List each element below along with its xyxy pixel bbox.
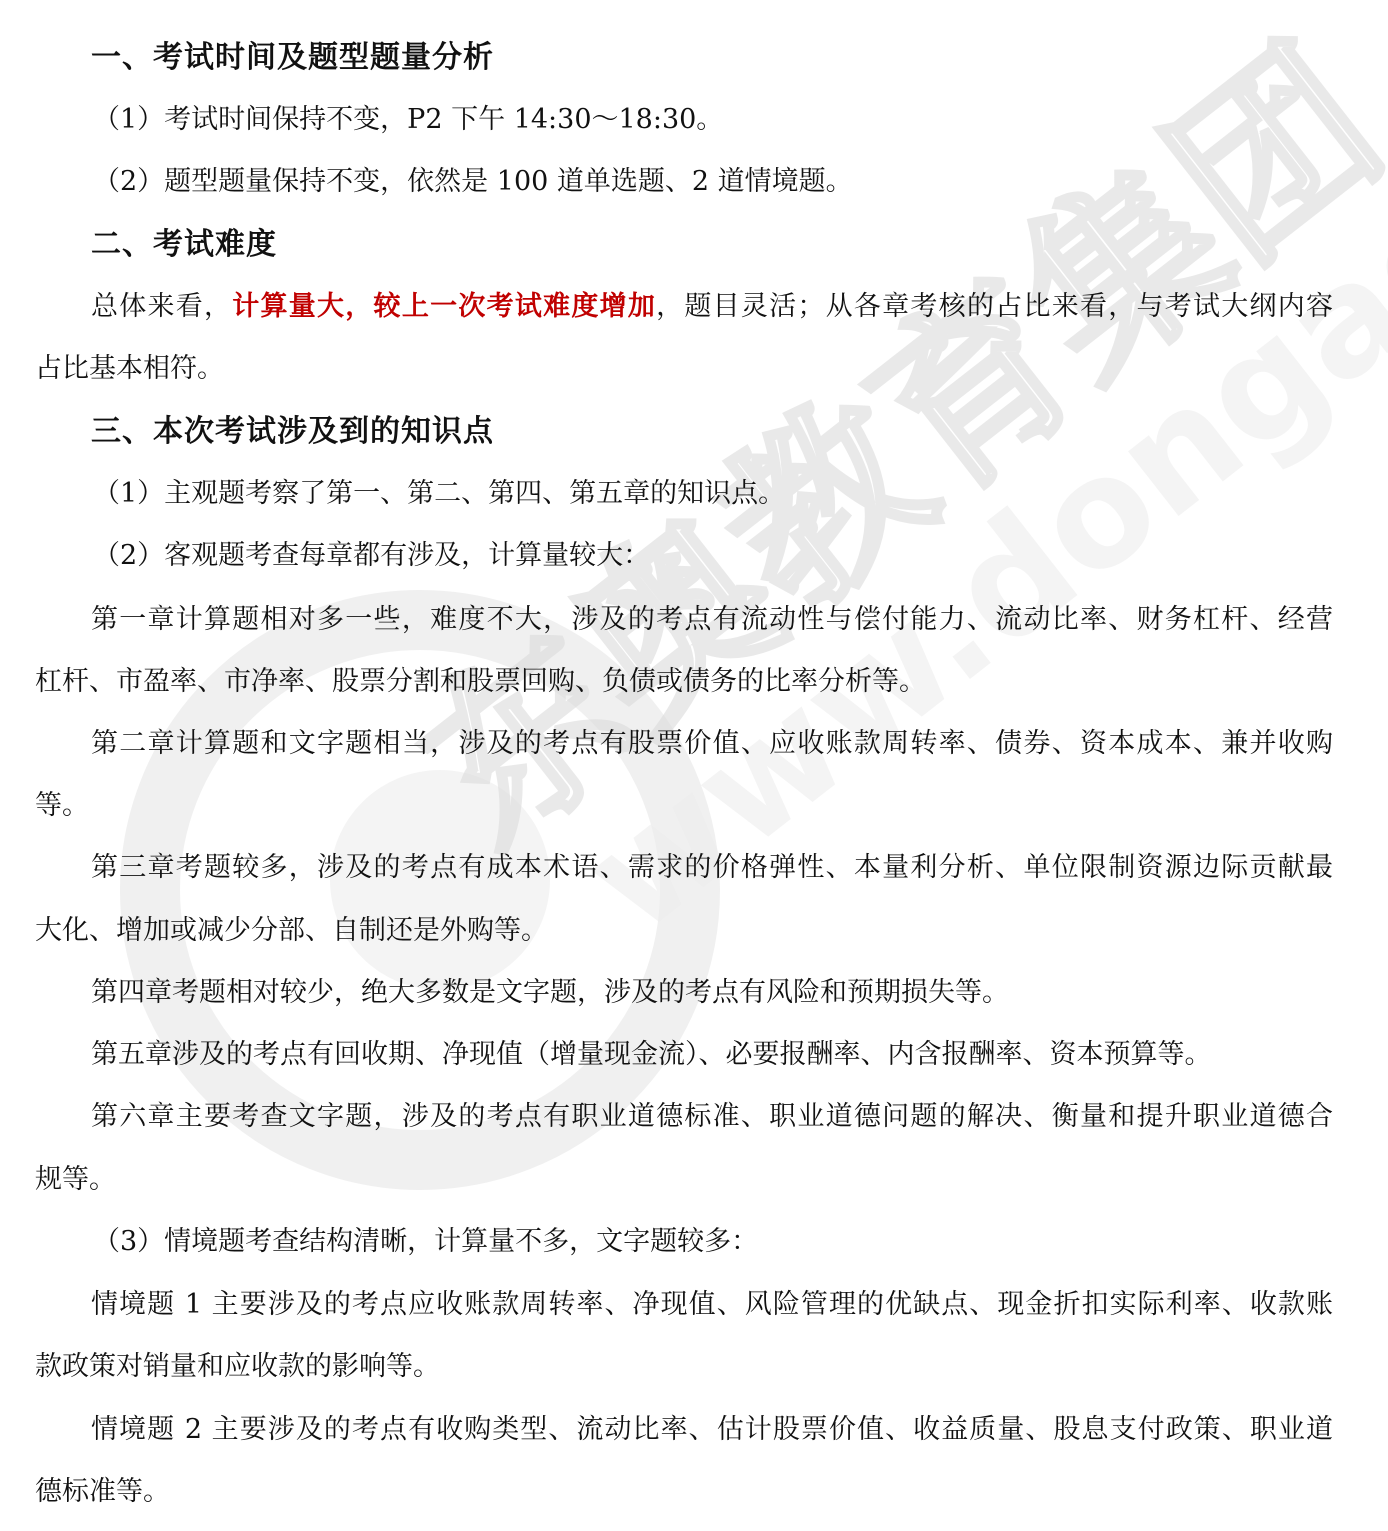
case-intro-line: （3）情境题考查结构清晰，计算量不多，文字题较多： bbox=[35, 1222, 1333, 1262]
case-2-line-1: 情境题 2 主要涉及的考点有收购类型、流动比率、估计股票价值、收益质量、股息支付… bbox=[35, 1410, 1333, 1450]
section-heading-1: 一、考试时间及题型题量分析 bbox=[35, 38, 1333, 78]
chapter-2-line-2: 等。 bbox=[35, 786, 1333, 826]
difficulty-paragraph-line-2: 占比基本相符。 bbox=[35, 349, 1333, 389]
subjective-line: （1）主观题考察了第一、第二、第四、第五章的知识点。 bbox=[35, 474, 1333, 514]
chapter-4-line: 第四章考题相对较少，绝大多数是文字题，涉及的考点有风险和预期损失等。 bbox=[35, 973, 1333, 1013]
difficulty-highlight: 计算量大，较上一次考试难度增加 bbox=[232, 291, 656, 322]
section-heading-2: 二、考试难度 bbox=[35, 225, 1333, 265]
chapter-2-line-1: 第二章计算题和文字题相当，涉及的考点有股票价值、应收账款周转率、债券、资本成本、… bbox=[35, 724, 1333, 764]
chapter-5-line: 第五章涉及的考点有回收期、净现值（增量现金流）、必要报酬率、内含报酬率、资本预算… bbox=[35, 1035, 1333, 1075]
chapter-1-line-2: 杠杆、市盈率、市净率、股票分割和股票回购、负债或债务的比率分析等。 bbox=[35, 662, 1333, 702]
difficulty-prefix: 总体来看， bbox=[91, 291, 232, 322]
difficulty-suffix: ，题目灵活；从各章考核的占比来看，与考试大纲内容 bbox=[656, 291, 1333, 322]
chapter-6-line-2: 规等。 bbox=[35, 1160, 1333, 1200]
exam-time-line: （1）考试时间保持不变，P2 下午 14:30～18:30。 bbox=[35, 100, 1333, 140]
chapter-3-line-2: 大化、增加或减少分部、自制还是外购等。 bbox=[35, 911, 1333, 951]
question-count-line: （2）题型题量保持不变，依然是 100 道单选题、2 道情境题。 bbox=[35, 162, 1333, 202]
difficulty-paragraph-line-1: 总体来看，计算量大，较上一次考试难度增加，题目灵活；从各章考核的占比来看，与考试… bbox=[35, 287, 1333, 327]
case-1-line-1: 情境题 1 主要涉及的考点应收账款周转率、净现值、风险管理的优缺点、现金折扣实际… bbox=[35, 1285, 1333, 1325]
section-heading-3: 三、本次考试涉及到的知识点 bbox=[35, 412, 1333, 452]
chapter-6-line-1: 第六章主要考查文字题，涉及的考点有职业道德标准、职业道德问题的解决、衡量和提升职… bbox=[35, 1097, 1333, 1137]
case-1-line-2: 款政策对销量和应收款的影响等。 bbox=[35, 1347, 1333, 1387]
chapter-1-line-1: 第一章计算题相对多一些，难度不大，涉及的考点有流动性与偿付能力、流动比率、财务杠… bbox=[35, 600, 1333, 640]
case-2-line-2: 德标准等。 bbox=[35, 1472, 1333, 1512]
chapter-3-line-1: 第三章考题较多，涉及的考点有成本术语、需求的价格弹性、本量利分析、单位限制资源边… bbox=[35, 848, 1333, 888]
objective-line: （2）客观题考查每章都有涉及，计算量较大： bbox=[35, 536, 1333, 576]
